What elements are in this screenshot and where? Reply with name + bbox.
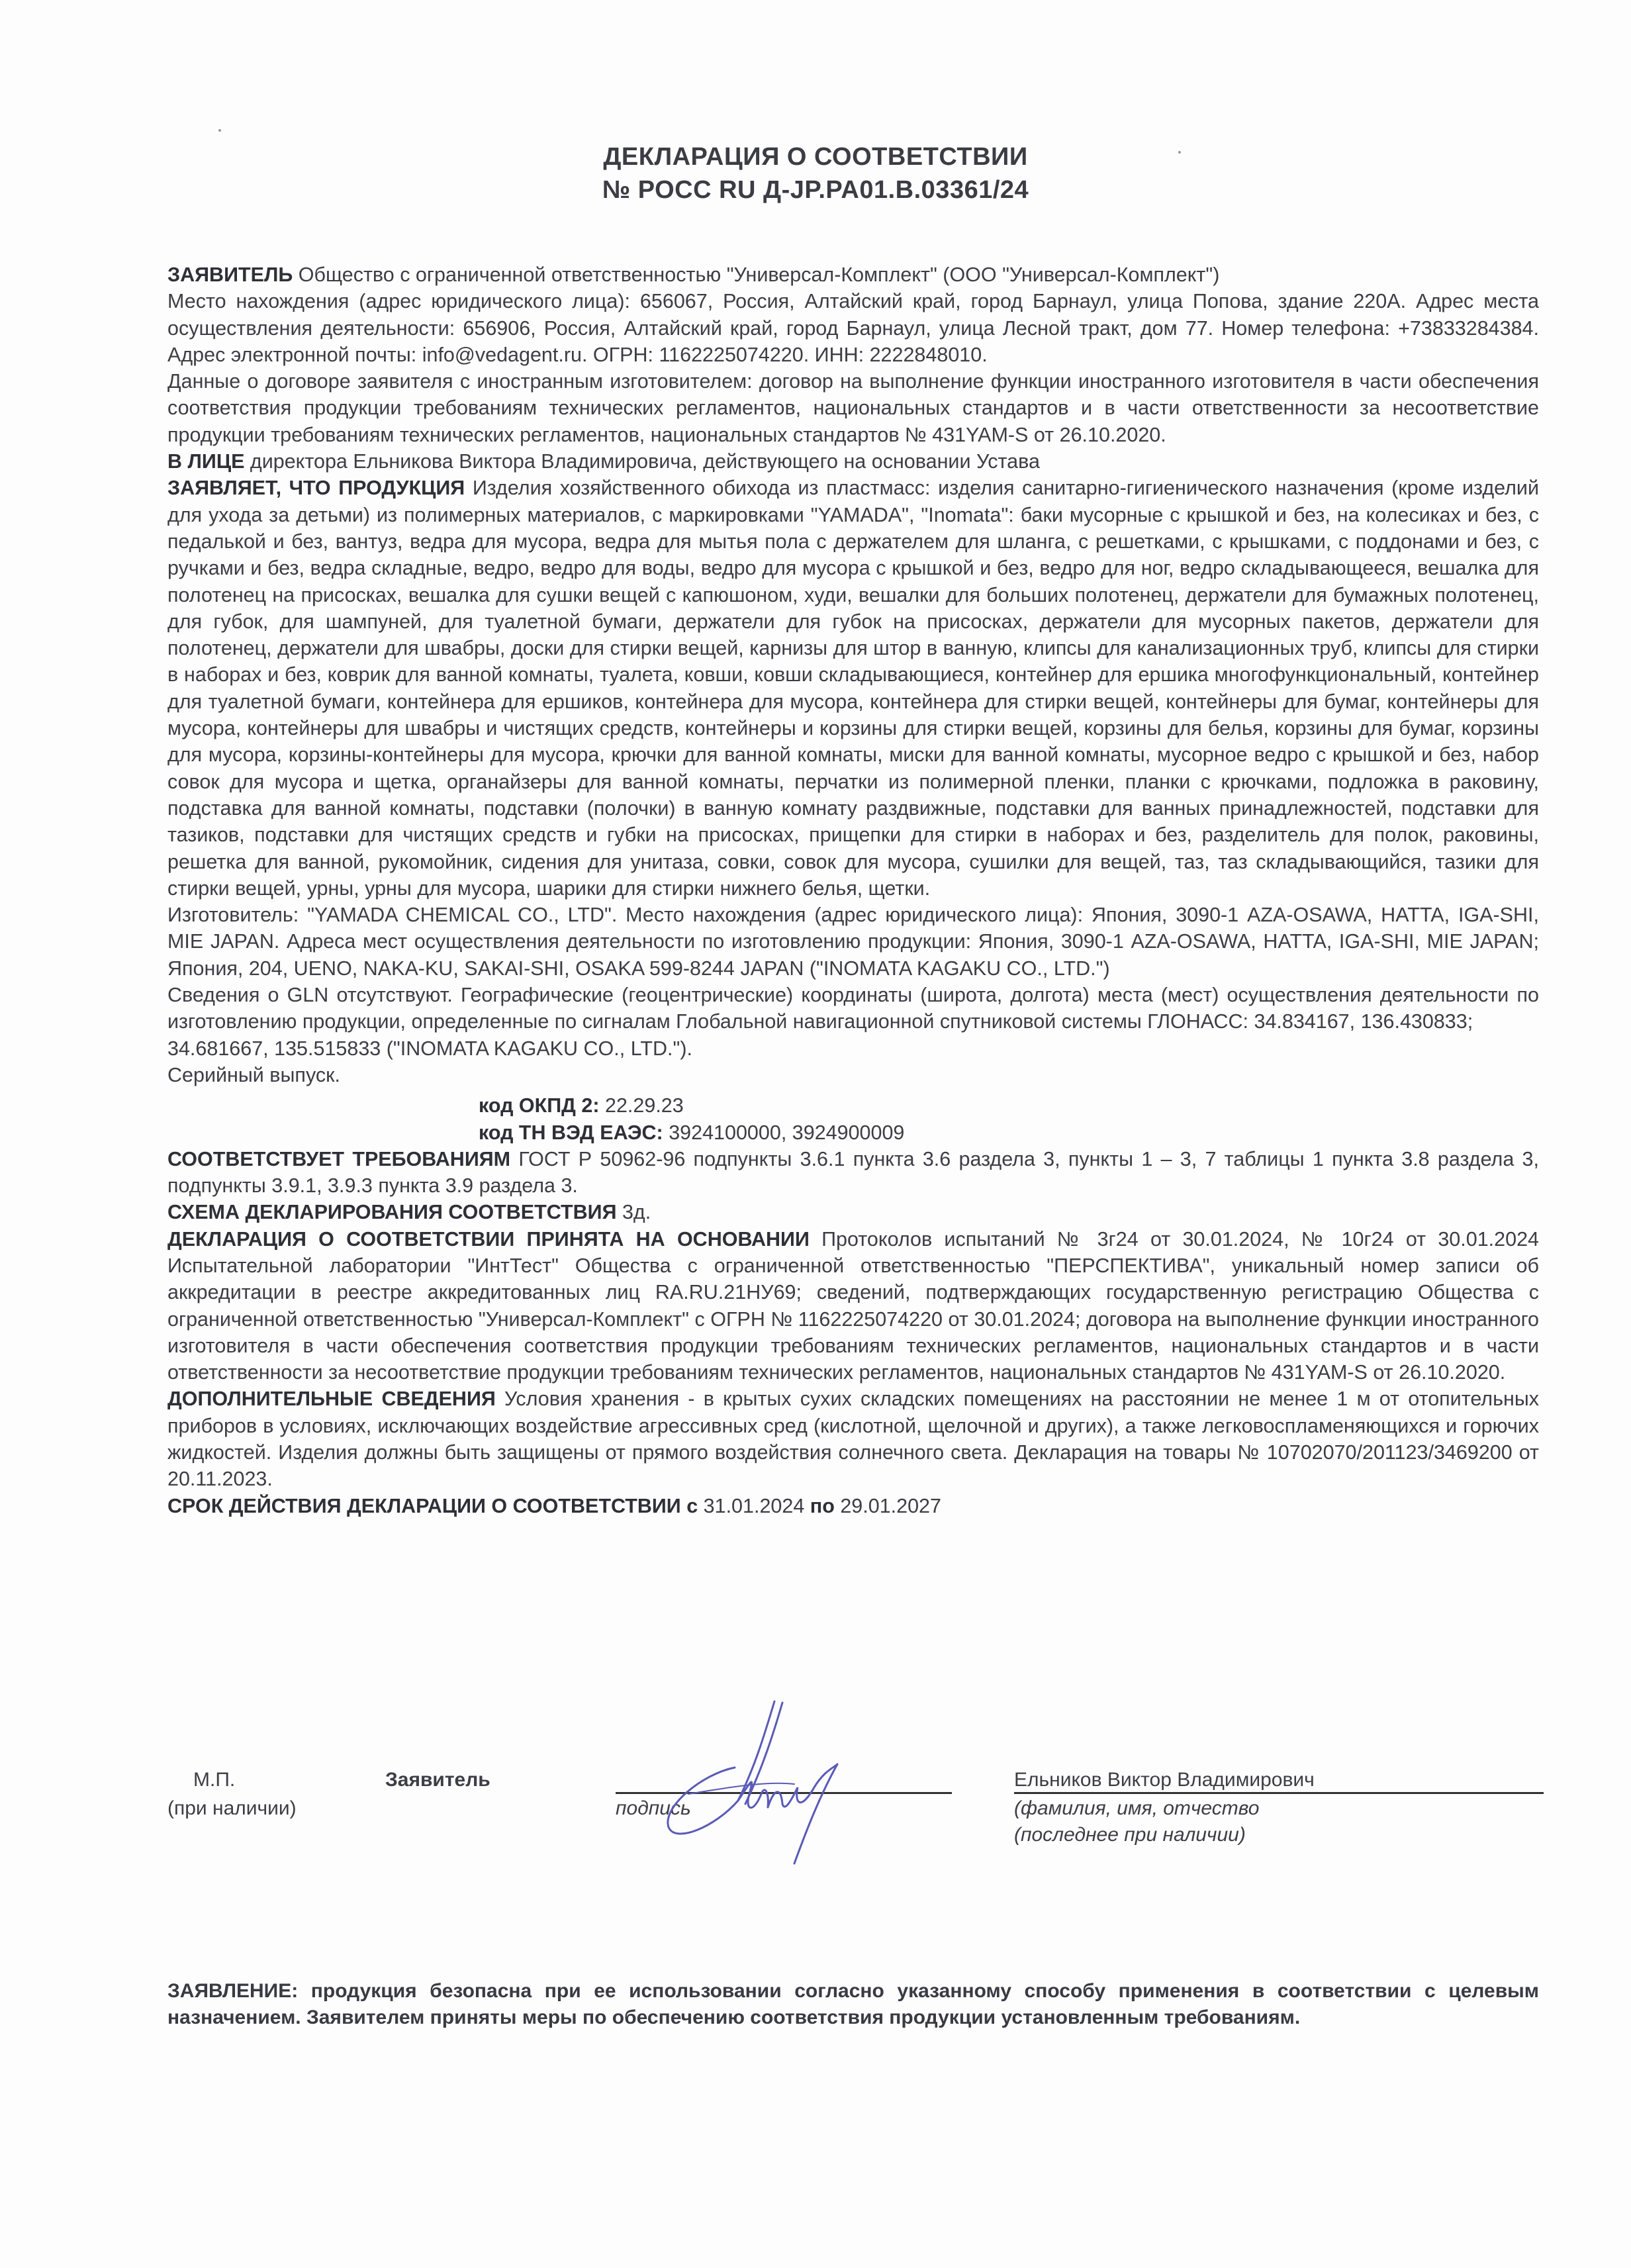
scheme-text: 3д.	[617, 1201, 651, 1223]
additional-label: ДОПОЛНИТЕЛЬНЫЕ СВЕДЕНИЯ	[167, 1388, 496, 1410]
stamp-label: М.П.	[193, 1767, 235, 1793]
gln-text: Сведения о GLN отсутствуют. Географическ…	[167, 982, 1539, 1035]
scheme-section: СХЕМА ДЕКЛАРИРОВАНИЯ СООТВЕТСТВИЯ 3д.	[167, 1199, 1539, 1225]
applicant-section: ЗАЯВИТЕЛЬ Общество с ограниченной ответс…	[167, 261, 1539, 288]
representative-section: В ЛИЦЕ директора Ельникова Виктора Влади…	[167, 448, 1539, 475]
basis-label: ДЕКЛАРАЦИЯ О СООТВЕТСТВИИ ПРИНЯТА НА ОСН…	[167, 1228, 810, 1251]
conformity-section: СООТВЕТСТВУЕТ ТРЕБОВАНИЯМ ГОСТ Р 50962-9…	[167, 1146, 1539, 1200]
validity-from: 31.01.2024	[704, 1495, 805, 1517]
document-title: ДЕКЛАРАЦИЯ О СООТВЕТСТВИИ	[0, 140, 1631, 173]
applicant-details: Место нахождения (адрес юридического лиц…	[167, 288, 1539, 368]
name-caption-2: (последнее при наличии)	[1014, 1822, 1246, 1848]
applicant-signature-label: Заявитель	[385, 1767, 490, 1793]
validity-to: 29.01.2027	[840, 1495, 941, 1517]
product-text: Изделия хозяйственного обихода из пластм…	[167, 477, 1539, 899]
scheme-label: СХЕМА ДЕКЛАРИРОВАНИЯ СООТВЕТСТВИЯ	[167, 1201, 617, 1223]
signer-name: Ельников Виктор Владимирович	[1014, 1767, 1315, 1793]
coordinates-text: 34.681667, 135.515833 ("INOMATA KAGAKU C…	[167, 1035, 1539, 1062]
applicant-name: Общество с ограниченной ответственностью…	[293, 263, 1219, 286]
tnved-label: код ТН ВЭД ЕАЭС:	[479, 1121, 663, 1144]
representative-label: В ЛИЦЕ	[167, 450, 244, 473]
product-section: ЗАЯВЛЯЕТ, ЧТО ПРОДУКЦИЯ Изделия хозяйств…	[167, 475, 1539, 902]
validity-from-word: с	[681, 1495, 704, 1517]
validity-section: СРОК ДЕЙСТВИЯ ДЕКЛАРАЦИИ О СООТВЕТСТВИИ …	[167, 1493, 1539, 1519]
name-caption-1: (фамилия, имя, отчество	[1014, 1795, 1259, 1822]
validity-to-word: по	[804, 1495, 840, 1517]
declaration-number: № РОСС RU Д-JP.PA01.B.03361/24	[0, 173, 1631, 207]
declaration-body: ЗАЯВИТЕЛЬ Общество с ограниченной ответс…	[167, 261, 1539, 1519]
okpd-label: код ОКПД 2:	[479, 1094, 600, 1117]
safety-statement: ЗАЯВЛЕНИЕ: продукция безопасна при ее ис…	[167, 1978, 1539, 2031]
okpd-code: код ОКПД 2: 22.29.23	[167, 1092, 1539, 1119]
representative-text: директора Ельникова Виктора Владимирович…	[244, 450, 1040, 473]
manufacturer-text: Изготовитель: "YAMADA CHEMICAL CO., LTD"…	[167, 902, 1539, 982]
declaration-page: ДЕКЛАРАЦИЯ О СООТВЕТСТВИИ № РОСС RU Д-JP…	[0, 0, 1631, 2268]
release-type: Серийный выпуск.	[167, 1062, 1539, 1088]
basis-text: Протоколов испытаний № 3г24 от 30.01.202…	[167, 1228, 1539, 1384]
stamp-note: (при наличии)	[167, 1795, 297, 1822]
basis-section: ДЕКЛАРАЦИЯ О СООТВЕТСТВИИ ПРИНЯТА НА ОСН…	[167, 1226, 1539, 1386]
applicant-contract: Данные о договоре заявителя с иностранны…	[167, 368, 1539, 448]
validity-label: СРОК ДЕЙСТВИЯ ДЕКЛАРАЦИИ О СООТВЕТСТВИИ	[167, 1495, 681, 1517]
okpd-value: 22.29.23	[600, 1094, 684, 1117]
tnved-value: 3924100000, 3924900009	[663, 1121, 905, 1144]
tnved-code: код ТН ВЭД ЕАЭС: 3924100000, 3924900009	[167, 1119, 1539, 1146]
conformity-label: СООТВЕТСТВУЕТ ТРЕБОВАНИЯМ	[167, 1148, 510, 1170]
name-line	[1014, 1792, 1544, 1794]
product-label: ЗАЯВЛЯЕТ, ЧТО ПРОДУКЦИЯ	[167, 477, 465, 499]
scan-speck	[218, 129, 221, 132]
handwritten-signature	[596, 1695, 940, 1867]
applicant-label: ЗАЯВИТЕЛЬ	[167, 263, 293, 286]
additional-section: ДОПОЛНИТЕЛЬНЫЕ СВЕДЕНИЯ Условия хранения…	[167, 1386, 1539, 1492]
